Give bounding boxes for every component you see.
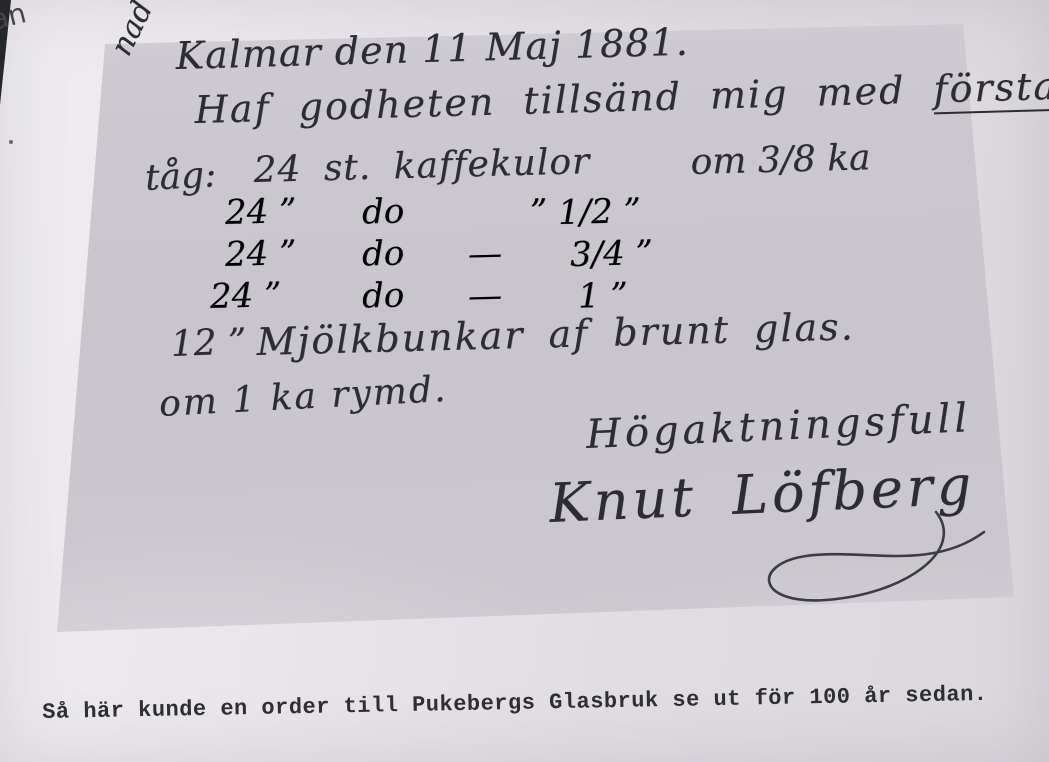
signature-flourish [600, 498, 1000, 618]
book-page-photo: an nad Kalmar den 11 Maj 1881. Haf godhe… [0, 0, 1049, 762]
order-row: 24 ” do — 3/4 ” [0, 234, 1049, 278]
size-cell: 1/2 ” [557, 191, 641, 233]
item1-prep: om [690, 141, 747, 183]
order-item-2-qty: 12 ” [170, 321, 247, 365]
ditto-cell: do [361, 233, 404, 274]
qty-cell: 24 ” [224, 233, 296, 275]
item1-size: 3/8 [757, 139, 816, 182]
item1-measure: ka [827, 137, 871, 179]
ditto-cell: do [361, 191, 404, 232]
size-cell: 3/4 ” [569, 233, 653, 275]
ink-speck [9, 140, 13, 144]
order-row: 24 ” do ” 1/2 ” [0, 192, 1049, 236]
page-edge-text-fragment: an [0, 0, 29, 37]
separator-cell: — [467, 276, 502, 317]
order-item-1-size: om 3/8 ka [690, 137, 871, 183]
qty-cell: 24 ” [224, 191, 296, 233]
underlined-word: första [933, 64, 1049, 114]
item1-name: kaffekulor [393, 141, 591, 187]
item1-qty: 24 [253, 149, 302, 191]
qty-cell: 24 ” [209, 275, 281, 317]
separator-cell: — [467, 234, 502, 275]
item1-unit: st. [323, 147, 371, 189]
ditto-cell: do [361, 275, 404, 316]
photo-caption: Så här kunde en order till Pukebergs Gla… [42, 682, 988, 725]
separator-cell: ” [529, 192, 547, 232]
